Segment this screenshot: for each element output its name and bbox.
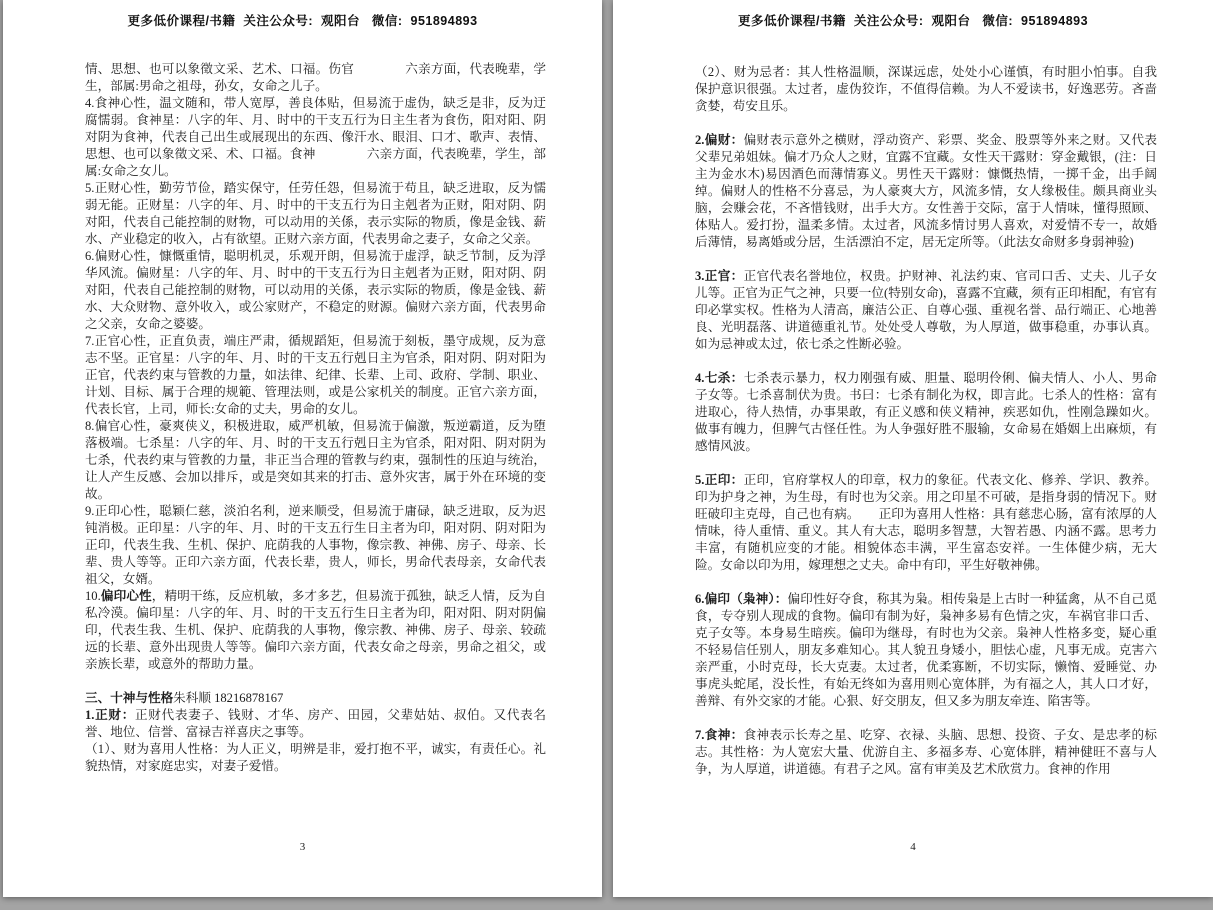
paragraph: 8.偏官心性，豪爽侠义，积极进取，威严机敏，但易流于偏激，叛逆霸道，反为堕落极端…: [85, 418, 546, 503]
paragraph: 10.偏印心性，精明干练，反应机敏，多才多艺，但易流于孤独，缺乏人情，反为自私冷…: [85, 588, 546, 673]
bold-text-run: 5.正印：: [695, 473, 744, 487]
page-number: 4: [613, 841, 1213, 853]
bold-text-run: 三、十神与性格: [85, 691, 173, 705]
text-run: 偏财表示意外之横财，浮动资产、彩票、奖金、股票等外来之财。又代表父辈兄弟姐妹。偏…: [695, 133, 1157, 249]
text-run: （2）、财为忌者：其人性格温顺，深谋远虑，处处小心谨慎，有时胆小怕事。自我保护意…: [695, 65, 1157, 113]
page-header: 更多低价课程/书籍 关注公众号: 观阳台 微信: 951894893: [613, 11, 1213, 29]
text-run: 5.正财心性，勤劳节俭，踏实保守，任劳任怨，但易流于苟且，缺乏进取，反为懦弱无能…: [85, 181, 546, 246]
page-header: 更多低价课程/书籍 关注公众号: 观阳台 微信: 951894893: [3, 11, 602, 29]
paragraph: 3.正官：正官代表名誉地位，权贵。护财神、礼法约束、官司口舌、丈夫、儿子女儿等。…: [695, 268, 1157, 353]
text-run: 正印，官府掌权人的印章，权力的象征。代表文化、修养、学识、教养。印为护身之神，为…: [695, 473, 1157, 572]
text-run: 正官代表名誉地位，权贵。护财神、礼法约束、官司口舌、丈夫、儿子女儿等。正官为正气…: [695, 269, 1157, 351]
blank-line: [695, 353, 1157, 370]
text-run: （1）、财为喜用人性格：为人正义，明辨是非，爱打抱不平，诚实，有责任心。礼貌热情…: [85, 742, 546, 773]
paragraph: 1.正财：正财代表妻子、钱财、才华、房产、田园，父辈姑姑、叔伯。又代表名誉、地位…: [85, 707, 546, 741]
blank-line: [695, 710, 1157, 727]
document-page-4: 更多低价课程/书籍 关注公众号: 观阳台 微信: 951894893 （2）、财…: [613, 0, 1213, 897]
paragraph: 5.正财心性，勤劳节俭，踏实保守，任劳任怨，但易流于苟且，缺乏进取，反为懦弱无能…: [85, 180, 546, 248]
bold-text-run: 偏印心性: [101, 589, 152, 603]
viewer-canvas: { "theme": { "canvas_bg": "#a4a4a4", "pa…: [0, 0, 1213, 910]
bold-text-run: 3.正官：: [695, 269, 744, 283]
blank-line: [695, 251, 1157, 268]
paragraph: 4.七杀：七杀表示暴力，权力刚强有威、胆量、聪明伶俐、偏夫情人、小人、男命子女等…: [695, 370, 1157, 455]
paragraph: 4.食神心性，温文随和，带人宽厚，善良体贴，但易流于虚伪，缺乏是非，反为迂腐懦弱…: [85, 95, 546, 180]
text-run: 偏印性好夺食，称其为枭。相传枭是上古时一种猛禽，从不自己觅食，专夺别人现成的食物…: [695, 592, 1157, 708]
text-run: ，精明干练，反应机敏，多才多艺，但易流于孤独，缺乏人情，反为自私冷漠。偏印星：八…: [85, 589, 546, 671]
text-run: 10.: [85, 589, 101, 603]
text-run: 食神表示长寿之星、吃穿、衣禄、头脑、思想、投资、子女、是忠孝的标志。其性格：为人…: [695, 728, 1157, 776]
page-number: 3: [3, 841, 602, 853]
blank-line: [695, 574, 1157, 591]
paragraph: 5.正印：正印，官府掌权人的印章，权力的象征。代表文化、修养、学识、教养。印为护…: [695, 472, 1157, 574]
bold-text-run: 2.偏财：: [695, 133, 744, 147]
paragraph: 6.偏财心性，慷慨重情，聪明机灵，乐观开朗，但易流于虚浮，缺乏节制，反为浮华风流…: [85, 248, 546, 333]
bold-text-run: 6.偏印（枭神）：: [695, 592, 788, 606]
text-run: 七杀表示暴力，权力刚强有威、胆量、聪明伶俐、偏夫情人、小人、男命子女等。七杀喜制…: [695, 371, 1157, 453]
text-run: 9.正印心性，聪颖仁慈，淡泊名利，逆来顺受，但易流于庸碌，缺乏进取，反为迟钝消极…: [85, 504, 546, 586]
document-page-3: 更多低价课程/书籍 关注公众号: 观阳台 微信: 951894893 情、思想、…: [3, 0, 602, 897]
text-run: 8.偏官心性，豪爽侠义，积极进取，威严机敏，但易流于偏激，叛逆霸道，反为堕落极端…: [85, 419, 546, 501]
paragraph: 7.食神：食神表示长寿之星、吃穿、衣禄、头脑、思想、投资、子女、是忠孝的标志。其…: [695, 727, 1157, 778]
blank-line: [695, 115, 1157, 132]
blank-line: [85, 673, 546, 690]
paragraph: 情、思想、也可以象徵文采、艺术、口福。伤官 六亲方面，代表晚辈，学生，部属:男命…: [85, 61, 546, 95]
paragraph: （1）、财为喜用人性格：为人正义，明辨是非，爱打抱不平，诚实，有责任心。礼貌热情…: [85, 741, 546, 775]
page-body: 情、思想、也可以象徵文采、艺术、口福。伤官 六亲方面，代表晚辈，学生，部属:男命…: [85, 61, 546, 775]
text-run: 6.偏财心性，慷慨重情，聪明机灵，乐观开朗，但易流于虚浮，缺乏节制，反为浮华风流…: [85, 249, 546, 331]
paragraph: 6.偏印（枭神）：偏印性好夺食，称其为枭。相传枭是上古时一种猛禽，从不自己觅食，…: [695, 591, 1157, 710]
paragraph: （2）、财为忌者：其人性格温顺，深谋远虑，处处小心谨慎，有时胆小怕事。自我保护意…: [695, 64, 1157, 115]
bold-text-run: 7.食神：: [695, 728, 744, 742]
text-run: 情、思想、也可以象徵文采、艺术、口福。伤官 六亲方面，代表晚辈，学生，部属:男命…: [85, 62, 546, 93]
text-run: 朱科顺 18216878167: [173, 691, 283, 705]
text-run: 正财代表妻子、钱财、才华、房产、田园，父辈姑姑、叔伯。又代表名誉、地位、信誉、富…: [85, 708, 546, 739]
bold-text-run: 1.正财：: [85, 708, 135, 722]
blank-line: [695, 455, 1157, 472]
text-run: 4.食神心性，温文随和，带人宽厚，善良体贴，但易流于虚伪，缺乏是非，反为迂腐懦弱…: [85, 96, 546, 178]
paragraph: 7.正官心性，正直负责，端庄严肃，循规蹈矩，但易流于刻板，墨守成规，反为意志不坚…: [85, 333, 546, 418]
paragraph: 2.偏财：偏财表示意外之横财，浮动资产、彩票、奖金、股票等外来之财。又代表父辈兄…: [695, 132, 1157, 251]
page-body: （2）、财为忌者：其人性格温顺，深谋远虑，处处小心谨慎，有时胆小怕事。自我保护意…: [695, 64, 1157, 778]
bold-text-run: 4.七杀：: [695, 371, 744, 385]
text-run: 7.正官心性，正直负责，端庄严肃，循规蹈矩，但易流于刻板，墨守成规，反为意志不坚…: [85, 334, 546, 416]
paragraph: 三、十神与性格朱科顺 18216878167: [85, 690, 546, 707]
page-spread: 更多低价课程/书籍 关注公众号: 观阳台 微信: 951894893 情、思想、…: [0, 0, 1213, 910]
paragraph: 9.正印心性，聪颖仁慈，淡泊名利，逆来顺受，但易流于庸碌，缺乏进取，反为迟钝消极…: [85, 503, 546, 588]
